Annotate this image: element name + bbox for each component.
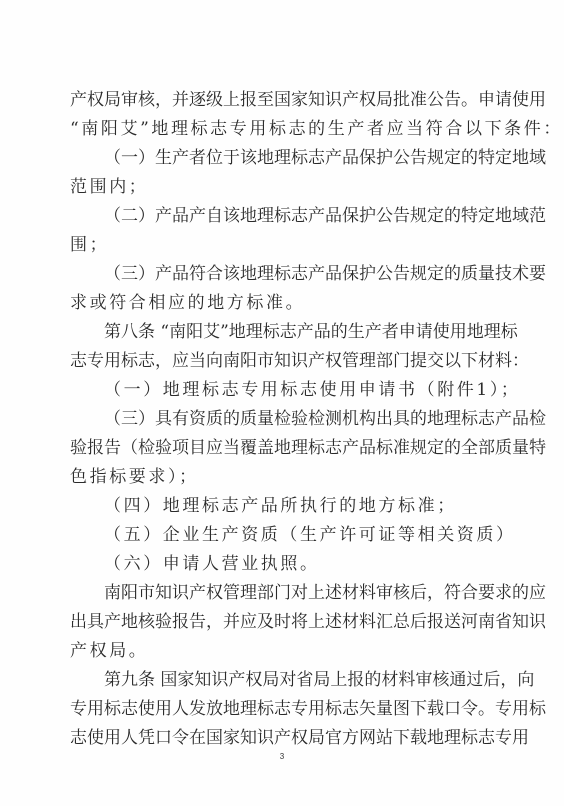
text-line: 第九条 国家知识产权局对省局上报的材料审核通过后，向 <box>70 666 502 695</box>
document-body: 产权局审核，并逐级上报至国家知识产权局批准公告。申请使用“南阳艾”地理标志专用标… <box>70 86 502 753</box>
text-line: 验报告（检验项目应当覆盖地理标志产品标准规定的全部质量特 <box>70 434 502 463</box>
text-line: （六）申请人营业执照。 <box>70 550 502 579</box>
text-line: （一）地理标志专用标志使用申请书（附件1）； <box>70 376 502 405</box>
text-line: 第八条 “南阳艾”地理标志产品的生产者申请使用地理标 <box>70 318 502 347</box>
text-line: （三）产品符合该地理标志产品保护公告规定的质量技术要 <box>70 260 502 289</box>
text-line: 出具产地核验报告，并应及时将上述材料汇总后报送河南省知识 <box>70 608 502 637</box>
page-number: 3 <box>0 752 564 761</box>
document-page: 产权局审核，并逐级上报至国家知识产权局批准公告。申请使用“南阳艾”地理标志专用标… <box>0 0 564 806</box>
text-line: （一）生产者位于该地理标志产品保护公告规定的特定地域 <box>70 144 502 173</box>
text-line: 求或符合相应的地方标准。 <box>70 289 502 318</box>
text-line: （五）企业生产资质（生产许可证等相关资质） <box>70 521 502 550</box>
text-line: 志专用标志，应当向南阳市知识产权管理部门提交以下材料： <box>70 347 502 376</box>
text-line: 产权局审核，并逐级上报至国家知识产权局批准公告。申请使用 <box>70 86 502 115</box>
text-line: （四）地理标志产品所执行的地方标准； <box>70 492 502 521</box>
text-line: （三）具有资质的质量检验检测机构出具的地理标志产品检 <box>70 405 502 434</box>
text-line: 色指标要求）； <box>70 463 502 492</box>
text-line: 产权局。 <box>70 637 502 666</box>
text-line: 围； <box>70 231 502 260</box>
text-line: （二）产品产自该地理标志产品保护公告规定的特定地域范 <box>70 202 502 231</box>
text-line: “南阳艾”地理标志专用标志的生产者应当符合以下条件： <box>70 115 502 144</box>
text-line: 南阳市知识产权管理部门对上述材料审核后，符合要求的应 <box>70 579 502 608</box>
text-line: 专用标志使用人发放地理标志专用标志矢量图下载口令。专用标 <box>70 695 502 724</box>
text-line: 范围内； <box>70 173 502 202</box>
text-line: 志使用人凭口令在国家知识产权局官方网站下载地理标志专用 <box>70 724 502 753</box>
